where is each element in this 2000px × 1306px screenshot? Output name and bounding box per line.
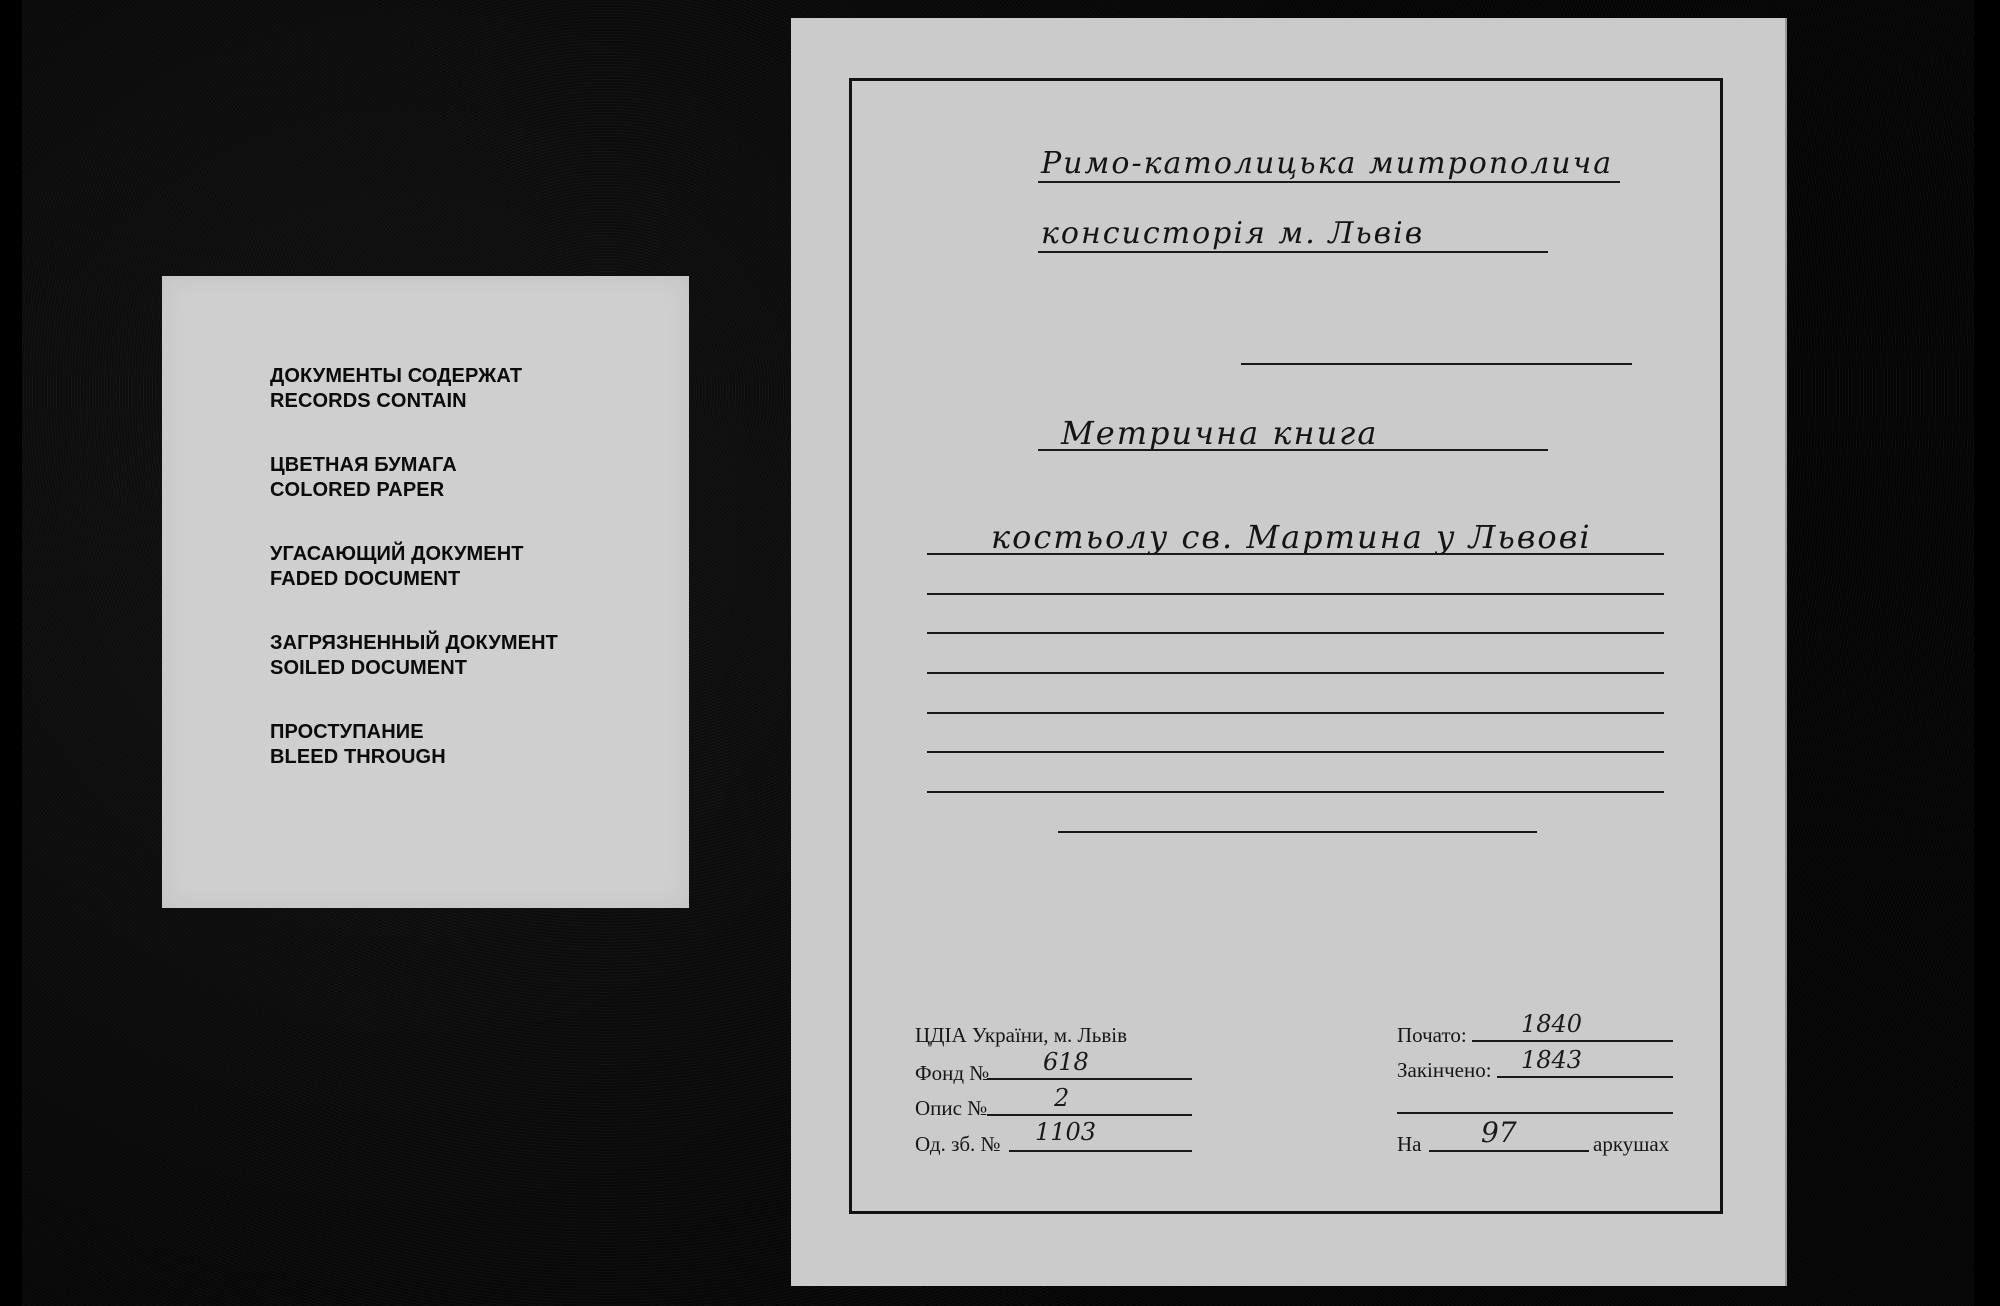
blank-rule: [927, 632, 1664, 634]
condition-label-en: FADED DOCUMENT: [270, 567, 558, 592]
start-year: 1840: [1521, 1010, 1582, 1038]
condition-item-records-contain: ДОКУМЕНТЫ СОДЕРЖАТ RECORDS CONTAIN: [270, 364, 558, 414]
condition-list: ДОКУМЕНТЫ СОДЕРЖАТ RECORDS CONTAIN ЦВЕТН…: [270, 364, 558, 809]
institution-line-2-rule: [1038, 251, 1548, 253]
end-label: Закінчено:: [1397, 1058, 1492, 1083]
condition-item-bleed-through: ПРОСТУПАНИЕ BLEED THROUGH: [270, 720, 558, 770]
opys-label: Опис №: [915, 1096, 987, 1121]
condition-label-en: COLORED PAPER: [270, 478, 558, 503]
book-type: Метрична книга: [1061, 414, 1378, 452]
sheets-prefix: На: [1397, 1132, 1422, 1157]
condition-item-colored-paper: ЦВЕТНАЯ БУМАГА COLORED PAPER: [270, 453, 558, 503]
blank-rule: [927, 751, 1664, 753]
blank-rule: [927, 593, 1664, 595]
condition-label-ru: ПРОСТУПАНИЕ: [270, 720, 558, 745]
condition-item-soiled-document: ЗАГРЯЗНЕННЫЙ ДОКУМЕНТ SOILED DOCUMENT: [270, 631, 558, 681]
start-field-line: [1472, 1040, 1673, 1042]
condition-label-ru: ДОКУМЕНТЫ СОДЕРЖАТ: [270, 364, 558, 389]
binding-edge-right: [1974, 0, 2000, 1306]
church-rule: [927, 553, 1664, 555]
condition-label-en: RECORDS CONTAIN: [270, 389, 558, 414]
blank-field-line: [1397, 1112, 1673, 1114]
sprava-value: 1103: [1035, 1118, 1096, 1146]
binding-edge-left: [0, 0, 22, 1306]
blank-rule: [927, 791, 1664, 793]
sheets-suffix: аркушах: [1593, 1132, 1669, 1157]
blank-rule: [927, 672, 1664, 674]
condition-label-en: BLEED THROUGH: [270, 745, 558, 770]
opys-field-line: [987, 1114, 1192, 1116]
condition-item-faded-document: УГАСАЮЩИЙ ДОКУМЕНТ FADED DOCUMENT: [270, 542, 558, 592]
blank-rule-short: [1241, 363, 1632, 365]
opys-value: 2: [1054, 1084, 1069, 1112]
end-year: 1843: [1521, 1046, 1582, 1074]
fond-label: Фонд №: [915, 1061, 989, 1086]
church-name: костьолу св. Мартина у Львові: [991, 518, 1592, 556]
condition-label-en: SOILED DOCUMENT: [270, 656, 558, 681]
sheets-count: 97: [1481, 1116, 1517, 1149]
institution-line-2: консисторія м. Львів: [1041, 216, 1424, 251]
condition-label-ru: ЦВЕТНАЯ БУМАГА: [270, 453, 558, 478]
target-label-card: ДОКУМЕНТЫ СОДЕРЖАТ RECORDS CONTAIN ЦВЕТН…: [162, 276, 689, 908]
archive-name: ЦДІА України, м. Львів: [915, 1023, 1127, 1048]
sprava-field-line: [1009, 1150, 1192, 1152]
condition-label-ru: ЗАГРЯЗНЕННЫЙ ДОКУМЕНТ: [270, 631, 558, 656]
sprava-label: Од. зб. №: [915, 1132, 1001, 1157]
condition-label-ru: УГАСАЮЩИЙ ДОКУМЕНТ: [270, 542, 558, 567]
sheets-field-line: [1429, 1150, 1589, 1152]
blank-rule: [927, 712, 1664, 714]
institution-line-1: Римо-католицька митрополича: [1041, 146, 1613, 181]
fond-value: 618: [1043, 1048, 1089, 1076]
end-field-line: [1497, 1076, 1673, 1078]
institution-line-1-rule: [1038, 181, 1620, 183]
file-cover-page: Римо-католицька митрополича консисторія …: [791, 18, 1785, 1286]
start-label: Почато:: [1397, 1023, 1467, 1048]
fond-field-line: [987, 1078, 1192, 1080]
blank-rule-end: [1058, 831, 1537, 833]
book-type-rule: [1038, 449, 1548, 451]
